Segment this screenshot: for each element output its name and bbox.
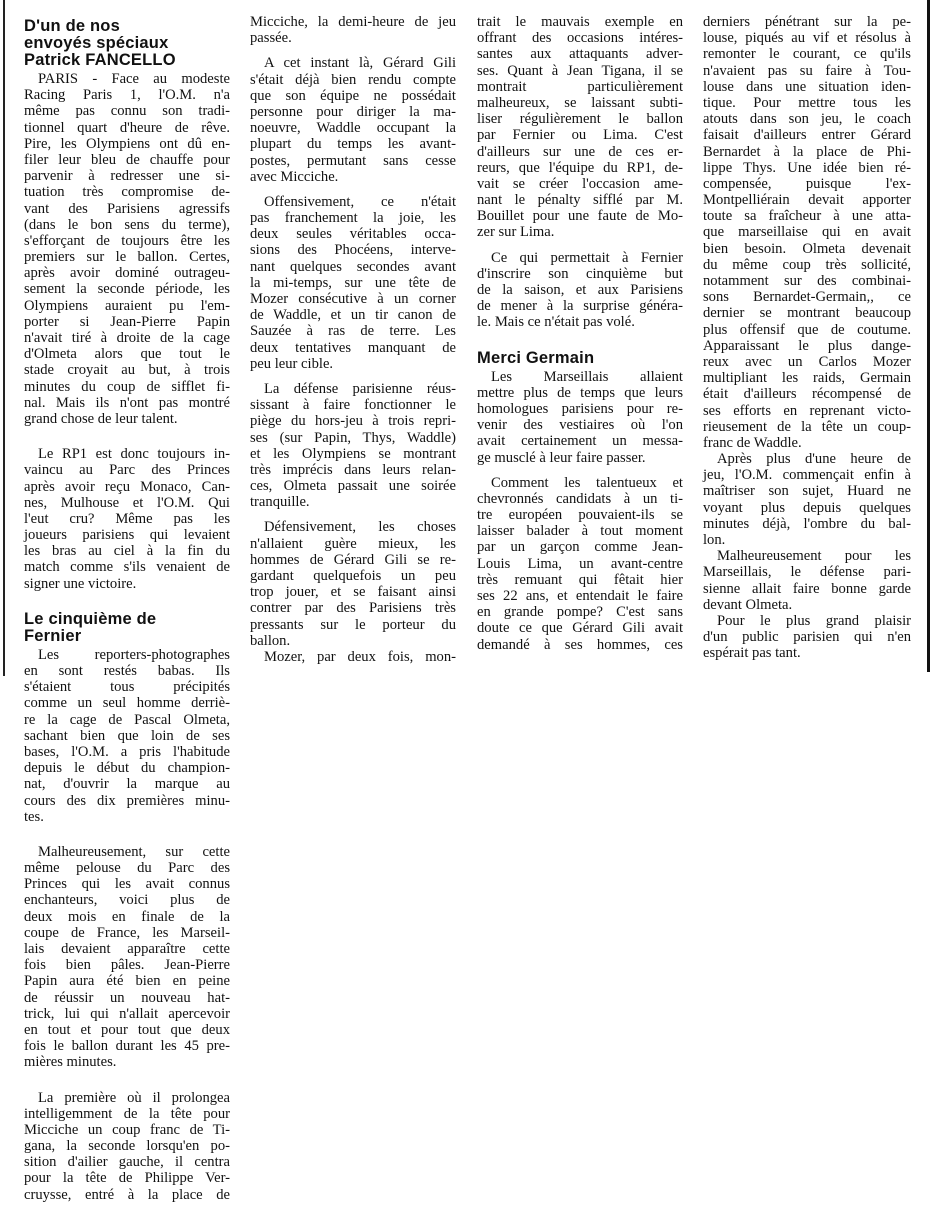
paragraph: Malheureusement, sur cettemême pelouse d… — [24, 844, 230, 1071]
text-line: montrait particulièrement — [477, 79, 683, 95]
text-line: cruysse, entré à la place de — [24, 1187, 230, 1203]
paragraph: Défensivement, les chosesn'allaient guèr… — [250, 519, 456, 649]
text-line: Papin aura été bien en peine — [24, 973, 230, 989]
text-line: avec Micciche. — [250, 169, 456, 185]
paragraph: Les Marseillais allaientmettre plus de t… — [477, 369, 683, 466]
text-line: d'Olmeta alors que tout le — [24, 346, 230, 362]
text-line: en tout et pour tout que deux — [24, 1022, 230, 1038]
text-line: zer sur Lima. — [477, 224, 683, 240]
text-line: s'étaient tous précipités — [24, 679, 230, 695]
text-line: de la saison, et aux Parisiens — [477, 282, 683, 298]
article-byline: D'un de nos envoyés spéciaux Patrick FAN… — [24, 18, 230, 69]
text-line: s'était déjà bien rendu compte — [250, 72, 456, 88]
paragraph: Pour le plus grand plaisird'un public pa… — [703, 613, 911, 662]
article-column-3: trait le mauvais exemple enoffrant des o… — [477, 14, 683, 653]
paragraph: Après plus d'une heure dejeu, l'O.M. com… — [703, 451, 911, 548]
text-line: ces, Olmeta passait une soirée — [250, 478, 456, 494]
text-line: notamment sur des combinai- — [703, 273, 911, 289]
text-line: n'avaient pas su faire à Tou- — [703, 63, 911, 79]
text-line: deux tentatives manquant de — [250, 340, 456, 356]
text-line: grand chose de leur talent. — [24, 411, 230, 427]
text-line: Pour le plus grand plaisir — [703, 613, 911, 629]
text-line: très imprécis dans leurs relan- — [250, 462, 456, 478]
text-line: enchanteurs, voici plus de — [24, 892, 230, 908]
text-line: d'inscrire son cinquième but — [477, 266, 683, 282]
paragraph: Malheureusement pour lesMarseillais, le … — [703, 548, 911, 613]
text-line: Offensivement, ce n'était — [250, 194, 456, 210]
text-line: match comme s'ils venaient de — [24, 559, 230, 575]
text-line: tique. Pour mettre tous les — [703, 95, 911, 111]
section-heading: Merci Germain — [477, 350, 683, 367]
text-line: nant le pénalty sifflé par M. — [477, 192, 683, 208]
text-line: Micciche un coup franc de Ti- — [24, 1122, 230, 1138]
text-line: devant Olmeta. — [703, 597, 911, 613]
text-line: la mi-temps, sur une tête de — [250, 275, 456, 291]
text-line: porter si Jean-Pierre Papin — [24, 314, 230, 330]
text-line: gana, la seconde lorsqu'en po- — [24, 1138, 230, 1154]
text-line: multipliant les raids, Germain — [703, 370, 911, 386]
text-line: sachant bien que loin de ses — [24, 728, 230, 744]
section-heading-line: Merci Germain — [477, 350, 683, 367]
text-line: lippe Thys. Une idée bien ré- — [703, 160, 911, 176]
text-line: par un garçon comme Jean- — [477, 539, 683, 555]
byline-line: D'un de nos — [24, 18, 230, 35]
section-heading-line: Le cinquième de — [24, 611, 230, 628]
text-line: laisser balader à tout moment — [477, 523, 683, 539]
text-line: Les Marseillais allaient — [477, 369, 683, 385]
text-line: dernier se montrant beaucoup — [703, 305, 911, 321]
text-line: ses. Quant à Jean Tigana, il se — [477, 63, 683, 79]
text-line: sition d'ailier gauche, il centra — [24, 1154, 230, 1170]
text-line: fois bien pâles. Jean-Pierre — [24, 957, 230, 973]
text-line: nes, Mulhouse et l'O.M. Qui — [24, 495, 230, 511]
text-line: tionnel quart d'heure de rêve. — [24, 120, 230, 136]
text-line: Malheureusement pour les — [703, 548, 911, 564]
text-line: ses (sur Papin, Thys, Waddle) — [250, 430, 456, 446]
paragraph: La première où il prolongeaintelligemmen… — [24, 1090, 230, 1203]
text-line: doute ce que Gérard Gili avait — [477, 620, 683, 636]
text-line: atouts dans son jeu, le coach — [703, 111, 911, 127]
text-line: s'efforçant de toujours être les — [24, 233, 230, 249]
text-line: stade croyait au but, à trois — [24, 362, 230, 378]
text-line: pressants sur le porteur du — [250, 617, 456, 633]
text-line: en grande pompe? C'est sans — [477, 604, 683, 620]
text-line: offrant des occasions intéres- — [477, 30, 683, 46]
text-line: personne pour diriger la ma- — [250, 104, 456, 120]
text-line: le. Mais ce n'était pas volé. — [477, 314, 683, 330]
text-line: Comment les talentueux et — [477, 475, 683, 491]
text-line: trop jouer, et se faisant ainsi — [250, 584, 456, 600]
text-line: Bernardet à la place de Phi- — [703, 144, 911, 160]
text-line: tuation très compromise de- — [24, 184, 230, 200]
text-line: louse dans une situation iden- — [703, 79, 911, 95]
text-line: passée. — [250, 30, 456, 46]
byline-line: Patrick FANCELLO — [24, 52, 230, 69]
text-line: cours des dix premières minu- — [24, 793, 230, 809]
text-line: mières minutes. — [24, 1054, 230, 1070]
text-line: même pas connu son tradi- — [24, 103, 230, 119]
text-line: d'un public parisien qui n'en — [703, 629, 911, 645]
text-line: minutes du coup de sifflet fi- — [24, 379, 230, 395]
text-line: reurs, que l'équipe du RP1, de- — [477, 160, 683, 176]
text-line: Louis Lima, un avant-centre — [477, 556, 683, 572]
text-line: fois le ballon durant les 45 pre- — [24, 1038, 230, 1054]
text-line: hommes de Gérard Gili se re- — [250, 552, 456, 568]
text-line: ses 22 ans, et entendait le faire — [477, 588, 683, 604]
text-line: Mozer, par deux fois, mon- — [250, 649, 456, 665]
text-line: demandé à ses hommes, ces — [477, 637, 683, 653]
text-line: re la cage de Pascal Olmeta, — [24, 712, 230, 728]
text-line: derniers pénétrant sur la pe- — [703, 14, 911, 30]
text-line: que marseillaise qui en avait — [703, 224, 911, 240]
text-line: et les Olympiens se montrant — [250, 446, 456, 462]
text-line: après avoir reçu Monaco, Can- — [24, 479, 230, 495]
text-line: de réussir un nouveau hat- — [24, 990, 230, 1006]
text-line: coupe de France, les Marseil- — [24, 925, 230, 941]
text-line: ge musclé à leur faire passer. — [477, 450, 683, 466]
text-line: signer une victoire. — [24, 576, 230, 592]
text-line: piège du hors-jeu à trois repri- — [250, 413, 456, 429]
text-line: vaincu au Parc des Princes — [24, 462, 230, 478]
section-heading: Le cinquième deFernier — [24, 611, 230, 645]
text-line: (dans le bon sens du terme), — [24, 217, 230, 233]
text-line: Princes qui les avait connus — [24, 876, 230, 892]
text-line: sissant à faire fonctionner le — [250, 397, 456, 413]
text-line: Les reporters-photographes — [24, 647, 230, 663]
text-line: tes. — [24, 809, 230, 825]
byline-line: envoyés spéciaux — [24, 35, 230, 52]
text-line: Après plus d'une heure de — [703, 451, 911, 467]
text-line: maîtriser son sujet, Huard ne — [703, 483, 911, 499]
text-line: minutes déjà, l'ombre du bal- — [703, 516, 911, 532]
text-line: nat, d'ouvrir la marque au — [24, 776, 230, 792]
text-line: filer leur bleu de chauffe pour — [24, 152, 230, 168]
paragraph: Ce qui permettait à Fernierd'inscrire so… — [477, 250, 683, 331]
text-line: du même coup très sollicité, — [703, 257, 911, 273]
article-column-1: D'un de nos envoyés spéciaux Patrick FAN… — [24, 14, 230, 1203]
text-line: franc de Waddle. — [703, 435, 911, 451]
text-line: en sont restés babas. Ils — [24, 663, 230, 679]
text-line: liser régulièrement le ballon — [477, 111, 683, 127]
text-line: compensée, puisque l'ex- — [703, 176, 911, 192]
article-column-4: derniers pénétrant sur la pe-louse, piqu… — [703, 14, 911, 662]
paragraph: Micciche, la demi-heure de jeupassée. — [250, 14, 456, 46]
text-line: intelligemment de la tête pour — [24, 1106, 230, 1122]
text-line: pas franchement la joie, les — [250, 210, 456, 226]
text-line: sienne allait faire bonne garde — [703, 581, 911, 597]
text-line: voyant plus depuis quelques — [703, 500, 911, 516]
text-line: parvenir à redresser une si- — [24, 168, 230, 184]
text-line: santes aux attaquants adver- — [477, 46, 683, 62]
text-line: que son équipe ne possédait — [250, 88, 456, 104]
text-line: louse, piqués au vif et résolus à — [703, 30, 911, 46]
text-line: reux avec un Carlos Mozer — [703, 354, 911, 370]
text-line: contrer par des Parisiens très — [250, 600, 456, 616]
text-line: deux mois en finale de la — [24, 909, 230, 925]
text-line: tranquille. — [250, 494, 456, 510]
paragraph: PARIS - Face au modesteRacing Paris 1, l… — [24, 71, 230, 427]
text-line: premiers sur le ballon. Certes, — [24, 249, 230, 265]
text-line: plus offensif que de coutume. — [703, 322, 911, 338]
text-line: tre européen pouvaient-ils se — [477, 507, 683, 523]
text-line: joueurs parisiens qui levaient — [24, 527, 230, 543]
paragraph: Le RP1 est donc toujours in-vaincu au Pa… — [24, 446, 230, 592]
text-line: même pelouse du Parc des — [24, 860, 230, 876]
text-line: espérait pas tant. — [703, 645, 911, 661]
text-line: malheureux, se laissant subti- — [477, 95, 683, 111]
text-line: La défense parisienne réus- — [250, 381, 456, 397]
text-line: pour la tête de Philippe Ver- — [24, 1170, 230, 1186]
text-line: était d'ailleurs récompensé de — [703, 386, 911, 402]
paragraph: Les reporters-photographesen sont restés… — [24, 647, 230, 825]
text-line: bases, l'O.M. a pris l'habitude — [24, 744, 230, 760]
text-line: sement la seconde période, les — [24, 281, 230, 297]
text-line: lon. — [703, 532, 911, 548]
section-heading-line: Fernier — [24, 628, 230, 645]
paragraph: Mozer, par deux fois, mon- — [250, 649, 456, 665]
text-line: comme un seul homme derriè- — [24, 695, 230, 711]
text-line: très remuant qui fêtait hier — [477, 572, 683, 588]
text-line: Racing Paris 1, l'O.M. n'a — [24, 87, 230, 103]
text-line: depuis le début du champion- — [24, 760, 230, 776]
text-line: nal. Mais ils n'ont pas montré — [24, 395, 230, 411]
text-line: La première où il prolongea — [24, 1090, 230, 1106]
text-line: jeu, l'O.M. commençait enfin à — [703, 467, 911, 483]
text-line: Marseillais, le défense pari- — [703, 564, 911, 580]
text-line: Pire, les Olympiens ont dû en- — [24, 136, 230, 152]
text-line: bien besoin. Olmeta devenait — [703, 241, 911, 257]
text-line: plupart du temps les avant- — [250, 136, 456, 152]
text-line: avait certainement un messa- — [477, 433, 683, 449]
text-line: venir des vestiaires où l'on — [477, 417, 683, 433]
text-line: de mener à la surprise généra- — [477, 298, 683, 314]
text-line: de Waddle, et un tir canon de — [250, 307, 456, 323]
text-line: Montpelliérain devait apporter — [703, 192, 911, 208]
text-line: les bras au ciel à la fin du — [24, 543, 230, 559]
text-line: remonter le courant, ce qu'ils — [703, 46, 911, 62]
text-line: peu leur cible. — [250, 356, 456, 372]
text-line: Sauzée à ras de terre. Les — [250, 323, 456, 339]
paragraph: A cet instant là, Gérard Gilis'était déj… — [250, 55, 456, 185]
right-column-rule — [927, 0, 930, 672]
text-line: Apparaissant le plus dange- — [703, 338, 911, 354]
text-line: toute sa fraîcheur à une atta- — [703, 208, 911, 224]
text-line: d'ailleurs sur une de ces er- — [477, 144, 683, 160]
text-line: Micciche, la demi-heure de jeu — [250, 14, 456, 30]
text-line: Défensivement, les choses — [250, 519, 456, 535]
article-column-2: Micciche, la demi-heure de jeupassée.A c… — [250, 14, 456, 665]
paragraph: Offensivement, ce n'étaitpas franchement… — [250, 194, 456, 372]
text-line: sons Bernardet-Germain,, ce — [703, 289, 911, 305]
text-line: vait se créer l'occasion ame- — [477, 176, 683, 192]
text-line: trait le mauvais exemple en — [477, 14, 683, 30]
paragraph: trait le mauvais exemple enoffrant des o… — [477, 14, 683, 241]
paragraph: Comment les talentueux etchevronnés cand… — [477, 475, 683, 653]
text-line: ses efforts en reprenant victo- — [703, 403, 911, 419]
text-line: chevronnés candidats à un ti- — [477, 491, 683, 507]
text-line: par Fernier ou Lima. C'est — [477, 127, 683, 143]
left-column-rule — [3, 0, 5, 676]
text-line: Bouillet pour une faute de Mo- — [477, 208, 683, 224]
newspaper-page: D'un de nos envoyés spéciaux Patrick FAN… — [0, 0, 932, 1213]
text-line: faisait d'ailleurs entrer Gérard — [703, 127, 911, 143]
text-line: Olympiens auraient pu l'em- — [24, 298, 230, 314]
text-line: PARIS - Face au modeste — [24, 71, 230, 87]
text-line: deux seules véritables occa- — [250, 226, 456, 242]
text-line: homologues parisiens pour re- — [477, 401, 683, 417]
text-line: noeuvre, Waddle occupant la — [250, 120, 456, 136]
text-line: Mozer consécutive à un corner — [250, 291, 456, 307]
text-line: l'eut cru? Même pas les — [24, 511, 230, 527]
text-line: sions des Phocéens, interve- — [250, 242, 456, 258]
text-line: vant des Parisiens agressifs — [24, 201, 230, 217]
text-line: A cet instant là, Gérard Gili — [250, 55, 456, 71]
text-line: nant quelques secondes avant — [250, 259, 456, 275]
text-line: après avoir dominé outrageu- — [24, 265, 230, 281]
text-line: n'allaient guère mieux, les — [250, 536, 456, 552]
text-line: mettre plus de temps que leurs — [477, 385, 683, 401]
paragraph: derniers pénétrant sur la pe-louse, piqu… — [703, 14, 911, 451]
text-line: n'avait tiré à droite de la cage — [24, 330, 230, 346]
text-line: lais devaient apparaître cette — [24, 941, 230, 957]
text-line: gardant quelquefois un peu — [250, 568, 456, 584]
text-line: Le RP1 est donc toujours in- — [24, 446, 230, 462]
text-line: rieusement de la tête un coup- — [703, 419, 911, 435]
text-line: trick, lui qui n'allait apercevoir — [24, 1006, 230, 1022]
text-line: postes, permutant sans cesse — [250, 153, 456, 169]
text-line: Malheureusement, sur cette — [24, 844, 230, 860]
text-line: Ce qui permettait à Fernier — [477, 250, 683, 266]
paragraph: La défense parisienne réus-sissant à fai… — [250, 381, 456, 511]
text-line: ballon. — [250, 633, 456, 649]
